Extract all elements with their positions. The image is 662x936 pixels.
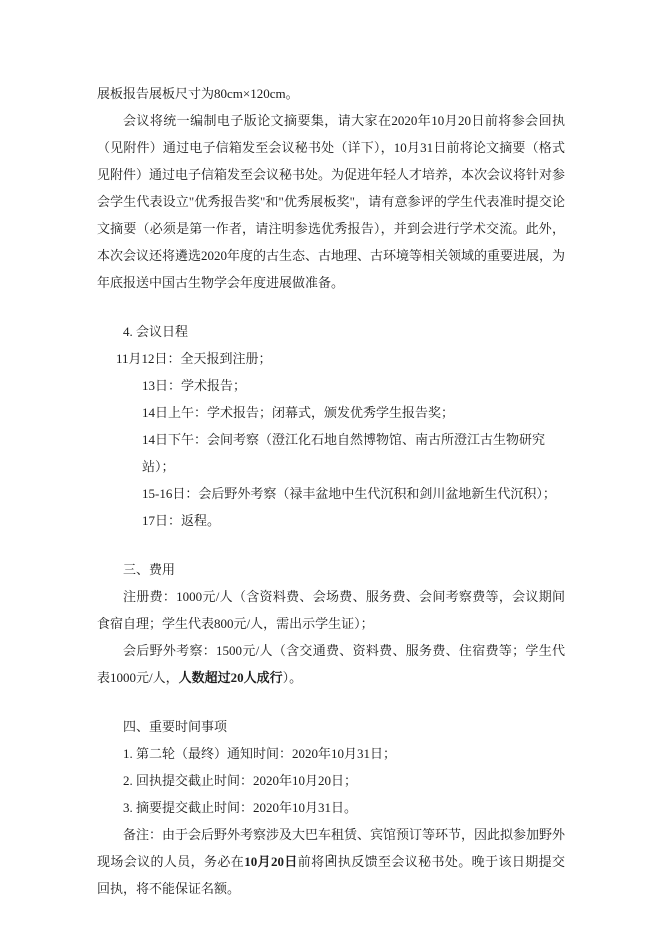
- schedule-item-nov14-am: 14日上午：学术报告；闭幕式，颁发优秀学生报告奖；: [97, 399, 565, 426]
- schedule-item-nov14-pm: 14日下午：会间考察（澄江化石地自然博物馆、南古所澄江古生物研究站）；: [97, 426, 565, 480]
- fee-fieldtrip-text: 会后野外考察：1500元/人（含交通费、资料费、服务费、住宿费等；学生代表100…: [97, 643, 565, 685]
- fee-fieldtrip-paragraph: 会后野外考察：1500元/人（含交通费、资料费、服务费、住宿费等；学生代表100…: [97, 637, 565, 691]
- document-page: 展板报告展板尺寸为80cm×120cm。 会议将统一编制电子版论文摘要集，请大家…: [0, 0, 662, 936]
- paragraph-abstract-submission: 会议将统一编制电子版论文摘要集，请大家在2020年10月20日前将参会回执（见附…: [97, 107, 565, 296]
- schedule-item-nov12: 11月12日：全天报到注册；: [97, 345, 565, 372]
- schedule-item-nov15-16: 15-16日：会后野外考察（禄丰盆地中生代沉积和剑川盆地新生代沉积）；: [97, 480, 565, 507]
- deadline-item-abstract: 3. 摘要提交截止时间：2020年10月31日。: [97, 794, 565, 821]
- fee-registration-paragraph: 注册费：1000元/人（含资料费、会场费、服务费、会间考察费等，会议期间食宿自理…: [97, 583, 565, 637]
- fees-heading: 三、费用: [97, 556, 565, 583]
- page-number: 2: [0, 848, 662, 868]
- schedule-item-nov17: 17日：返程。: [97, 507, 565, 534]
- schedule-heading: 4. 会议日程: [97, 318, 565, 345]
- deadline-item-reply-form: 2. 回执提交截止时间：2020年10月20日；: [97, 767, 565, 794]
- paragraph-poster-size: 展板报告展板尺寸为80cm×120cm。: [97, 80, 565, 107]
- deadlines-heading: 四、重要时间事项: [97, 713, 565, 740]
- schedule-item-nov13: 13日：学术报告；: [97, 372, 565, 399]
- fee-fieldtrip-closing: ）。: [283, 670, 303, 685]
- deadline-item-final-notice: 1. 第二轮（最终）通知时间：2020年10月31日；: [97, 740, 565, 767]
- fee-fieldtrip-bold-minimum: 人数超过20人成行: [179, 670, 283, 685]
